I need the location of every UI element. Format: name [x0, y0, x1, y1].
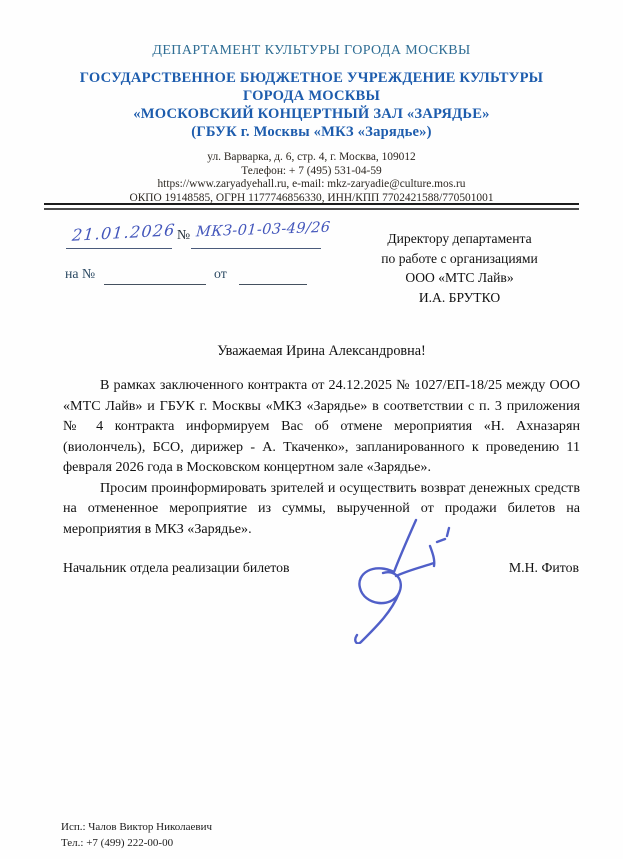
- incoming-date-underline: [239, 268, 307, 285]
- incoming-date-label: от: [214, 266, 227, 282]
- number-sign-label: №: [177, 227, 190, 243]
- addressee-block: Директору департамента по работе с орган…: [352, 229, 567, 307]
- executor-block: Исп.: Чалов Виктор Николаевич Тел.: +7 (…: [61, 820, 212, 851]
- contact-block: ул. Варварка, д. 6, стр. 4, г. Москва, 1…: [0, 151, 623, 205]
- phone-line: Телефон: + 7 (495) 531-04-59: [0, 165, 623, 179]
- body-paragraph: Просим проинформировать зрителей и осуще…: [63, 478, 580, 540]
- incoming-number-label: на №: [65, 266, 95, 282]
- letterhead-separator-rule: [44, 203, 579, 210]
- organization-name-line: ГОСУДАРСТВЕННОЕ БЮДЖЕТНОЕ УЧРЕЖДЕНИЕ КУЛ…: [0, 70, 623, 88]
- addressee-line: по работе с организациями: [352, 249, 567, 269]
- executor-phone-line: Тел.: +7 (499) 222-00-00: [61, 836, 212, 852]
- letter-body: В рамках заключенного контракта от 24.12…: [63, 375, 580, 539]
- addressee-line: И.А. БРУТКО: [352, 288, 567, 308]
- organization-name: ГОСУДАРСТВЕННОЕ БЮДЖЕТНОЕ УЧРЕЖДЕНИЕ КУЛ…: [0, 70, 623, 142]
- addressee-line: Директору департамента: [352, 229, 567, 249]
- salutation: Уважаемая Ирина Александровна!: [63, 343, 580, 360]
- signature-ink: [336, 516, 454, 644]
- incoming-number-underline: [104, 268, 206, 285]
- organization-name-line: ГОРОДА МОСКВЫ: [0, 88, 623, 106]
- signer-position-title: Начальник отдела реализации билетов: [63, 560, 290, 576]
- department-name: ДЕПАРТАМЕНТ КУЛЬТУРЫ ГОРОДА МОСКВЫ: [0, 43, 623, 59]
- address-line: ул. Варварка, д. 6, стр. 4, г. Москва, 1…: [0, 151, 623, 165]
- executor-name-line: Исп.: Чалов Виктор Николаевич: [61, 820, 212, 836]
- scanned-letter-page: ДЕПАРТАМЕНТ КУЛЬТУРЫ ГОРОДА МОСКВЫ ГОСУД…: [0, 0, 623, 859]
- addressee-line: ООО «МТС Лайв»: [352, 268, 567, 288]
- organization-name-line: «МОСКОВСКИЙ КОНЦЕРТНЫЙ ЗАЛ «ЗАРЯДЬЕ»: [0, 106, 623, 124]
- website-email-line: https://www.zaryadyehall.ru, e-mail: mkz…: [0, 178, 623, 192]
- body-paragraph: В рамках заключенного контракта от 24.12…: [63, 375, 580, 478]
- signer-name: М.Н. Фитов: [509, 560, 579, 576]
- organization-name-line: (ГБУК г. Москвы «МКЗ «Зарядье»): [0, 124, 623, 142]
